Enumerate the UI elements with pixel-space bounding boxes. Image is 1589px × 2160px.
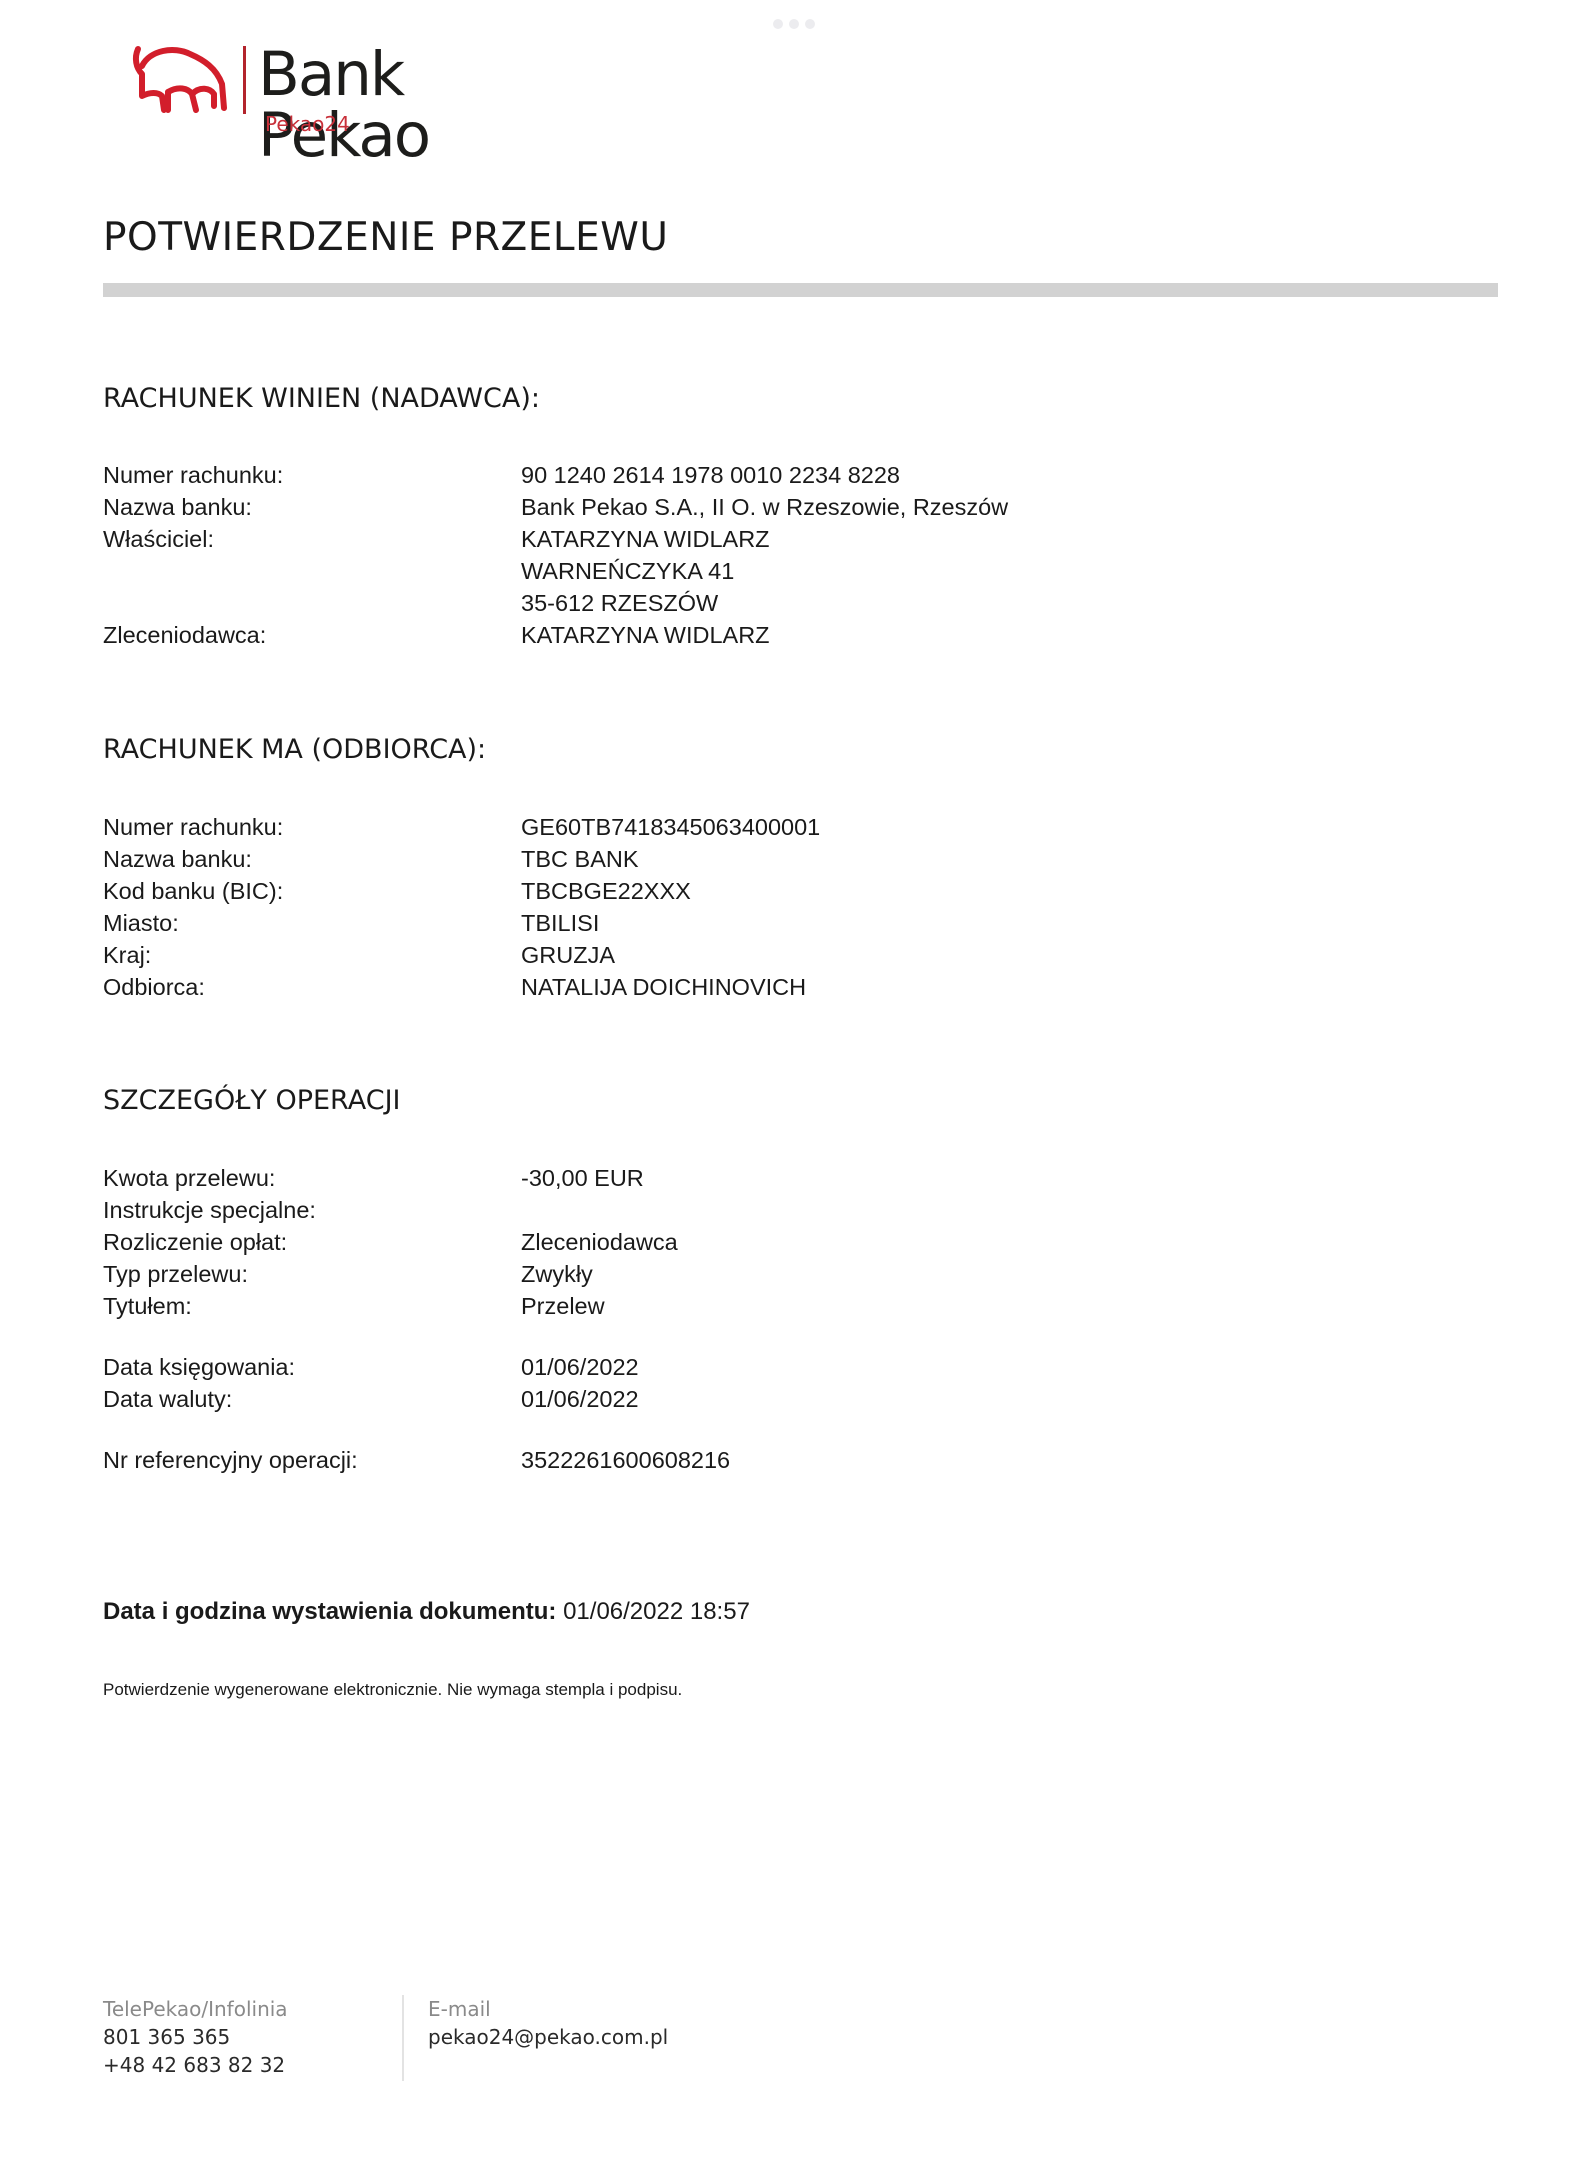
detail-value: TBILISI bbox=[521, 907, 599, 939]
phone-caption: TelePekao/Infolinia bbox=[103, 1995, 288, 2023]
detail-row: Odbiorca:NATALIJA DOICHINOVICH bbox=[103, 971, 820, 1003]
electronic-note: Potwierdzenie wygenerowane elektroniczni… bbox=[103, 1680, 682, 1700]
brand-name: Bank Pekao bbox=[258, 44, 590, 166]
detail-label: Nazwa banku: bbox=[103, 491, 521, 523]
detail-label: Kod banku (BIC): bbox=[103, 875, 521, 907]
sender-heading: RACHUNEK WINIEN (NADAWCA): bbox=[103, 383, 540, 414]
operation-heading: SZCZEGÓŁY OPERACJI bbox=[103, 1085, 401, 1116]
footer-email-block: E-mail pekao24@pekao.com.pl bbox=[428, 1995, 668, 2051]
issue-datetime: Data i godzina wystawienia dokumentu: 01… bbox=[103, 1598, 750, 1626]
window-handle-dots bbox=[773, 19, 815, 29]
detail-row: Nr referencyjny operacji:352226160060821… bbox=[103, 1444, 730, 1476]
detail-label: Data księgowania: bbox=[103, 1351, 521, 1383]
detail-value: KATARZYNA WIDLARZ bbox=[521, 619, 770, 651]
detail-row: Tytułem:Przelew bbox=[103, 1290, 730, 1322]
detail-value: Bank Pekao S.A., II O. w Rzeszowie, Rzes… bbox=[521, 491, 1008, 523]
detail-value: 01/06/2022 bbox=[521, 1351, 639, 1383]
detail-value: 35-612 RZESZÓW bbox=[521, 587, 718, 619]
detail-label: Miasto: bbox=[103, 907, 521, 939]
detail-row: Rozliczenie opłat:Zleceniodawca bbox=[103, 1226, 730, 1258]
detail-row: Numer rachunku:GE60TB7418345063400001 bbox=[103, 811, 820, 843]
detail-value: -30,00 EUR bbox=[521, 1162, 644, 1194]
detail-value: 3522261600608216 bbox=[521, 1444, 730, 1476]
detail-label: Kraj: bbox=[103, 939, 521, 971]
detail-row: Typ przelewu:Zwykły bbox=[103, 1258, 730, 1290]
detail-label bbox=[103, 555, 521, 587]
detail-label: Numer rachunku: bbox=[103, 811, 521, 843]
title-divider bbox=[103, 283, 1498, 297]
detail-label: Zleceniodawca: bbox=[103, 619, 521, 651]
detail-row: Kod banku (BIC):TBCBGE22XXX bbox=[103, 875, 820, 907]
detail-label: Nr referencyjny operacji: bbox=[103, 1444, 521, 1476]
detail-label bbox=[103, 587, 521, 619]
recipient-heading: RACHUNEK MA (ODBIORCA): bbox=[103, 734, 486, 765]
page-title: POTWIERDZENIE PRZELEWU bbox=[103, 215, 668, 260]
detail-row: Data księgowania:01/06/2022 bbox=[103, 1351, 730, 1383]
detail-label: Odbiorca: bbox=[103, 971, 521, 1003]
detail-label: Rozliczenie opłat: bbox=[103, 1226, 521, 1258]
detail-label: Numer rachunku: bbox=[103, 459, 521, 491]
detail-value: TBC BANK bbox=[521, 843, 639, 875]
detail-row: Instrukcje specjalne: bbox=[103, 1194, 730, 1226]
detail-label: Data waluty: bbox=[103, 1383, 521, 1415]
detail-value: Przelew bbox=[521, 1290, 605, 1322]
detail-value: Zleceniodawca bbox=[521, 1226, 678, 1258]
issue-datetime-value: 01/06/2022 18:57 bbox=[563, 1598, 750, 1625]
footer-phone-block: TelePekao/Infolinia 801 365 365 +48 42 6… bbox=[103, 1995, 288, 2079]
detail-value: TBCBGE22XXX bbox=[521, 875, 691, 907]
detail-row: WARNEŃCZYKA 41 bbox=[103, 555, 1008, 587]
detail-label: Właściciel: bbox=[103, 523, 521, 555]
detail-row: Numer rachunku:90 1240 2614 1978 0010 22… bbox=[103, 459, 1008, 491]
sender-details: Numer rachunku:90 1240 2614 1978 0010 22… bbox=[103, 459, 1008, 651]
detail-row: Data waluty:01/06/2022 bbox=[103, 1383, 730, 1415]
detail-value: Zwykły bbox=[521, 1258, 593, 1290]
bank-logo: Bank Pekao Pekao24 bbox=[130, 40, 590, 140]
detail-row: Kwota przelewu:-30,00 EUR bbox=[103, 1162, 730, 1194]
detail-label: Tytułem: bbox=[103, 1290, 521, 1322]
operation-details: Kwota przelewu:-30,00 EUR Instrukcje spe… bbox=[103, 1162, 730, 1476]
detail-row: Nazwa banku:Bank Pekao S.A., II O. w Rze… bbox=[103, 491, 1008, 523]
bison-icon bbox=[130, 44, 230, 114]
detail-value: WARNEŃCZYKA 41 bbox=[521, 555, 734, 587]
recipient-details: Numer rachunku:GE60TB7418345063400001 Na… bbox=[103, 811, 820, 1003]
logo-divider bbox=[243, 46, 246, 114]
detail-value: KATARZYNA WIDLARZ bbox=[521, 523, 770, 555]
phone-number-1[interactable]: 801 365 365 bbox=[103, 2023, 288, 2051]
detail-row: Nazwa banku:TBC BANK bbox=[103, 843, 820, 875]
detail-value: 01/06/2022 bbox=[521, 1383, 639, 1415]
detail-row: 35-612 RZESZÓW bbox=[103, 587, 1008, 619]
detail-row: Właściciel:KATARZYNA WIDLARZ bbox=[103, 523, 1008, 555]
issue-datetime-label: Data i godzina wystawienia dokumentu: bbox=[103, 1598, 556, 1625]
detail-label: Typ przelewu: bbox=[103, 1258, 521, 1290]
detail-value: NATALIJA DOICHINOVICH bbox=[521, 971, 806, 1003]
detail-label: Nazwa banku: bbox=[103, 843, 521, 875]
detail-label: Instrukcje specjalne: bbox=[103, 1194, 521, 1226]
phone-number-2[interactable]: +48 42 683 82 32 bbox=[103, 2051, 288, 2079]
detail-row: Kraj:GRUZJA bbox=[103, 939, 820, 971]
detail-row: Miasto:TBILISI bbox=[103, 907, 820, 939]
detail-value: GRUZJA bbox=[521, 939, 615, 971]
email-caption: E-mail bbox=[428, 1995, 668, 2023]
detail-value: 90 1240 2614 1978 0010 2234 8228 bbox=[521, 459, 900, 491]
service-name: Pekao24 bbox=[265, 112, 350, 136]
detail-value: GE60TB7418345063400001 bbox=[521, 811, 820, 843]
detail-label: Kwota przelewu: bbox=[103, 1162, 521, 1194]
detail-row: Zleceniodawca:KATARZYNA WIDLARZ bbox=[103, 619, 1008, 651]
footer-divider bbox=[402, 1995, 404, 2081]
email-link[interactable]: pekao24@pekao.com.pl bbox=[428, 2023, 668, 2051]
